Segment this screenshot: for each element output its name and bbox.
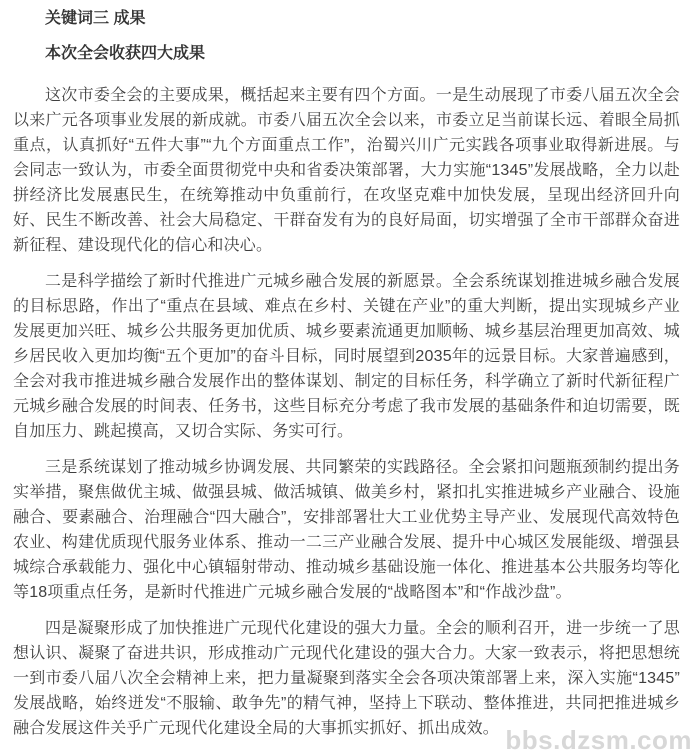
paragraph-achievement-1: 这次市委全会的主要成果，概括起来主要有四个方面。一是生动展现了市委八届五次全会以… <box>13 83 680 258</box>
paragraph-achievement-4: 四是凝聚形成了加快推进广元现代化建设的强大力量。全会的顺利召开，进一步统一了思想… <box>13 616 680 741</box>
keyword-heading: 关键词三 成果 <box>13 6 680 31</box>
article-page: bbs.dzsm.com 关键词三 成果 本次全会收获四大成果 这次市委全会的主… <box>0 0 693 754</box>
paragraph-achievement-3: 三是系统谋划了推动城乡协调发展、共同繁荣的实践路径。全会紧扣问题瓶颈制约提出务实… <box>13 455 680 605</box>
paragraph-achievement-2: 二是科学描绘了新时代推进广元城乡融合发展的新愿景。全会系统谋划推进城乡融合发展的… <box>13 269 680 444</box>
article-content: 关键词三 成果 本次全会收获四大成果 这次市委全会的主要成果，概括起来主要有四个… <box>13 6 680 741</box>
article-subheading: 本次全会收获四大成果 <box>13 41 680 66</box>
